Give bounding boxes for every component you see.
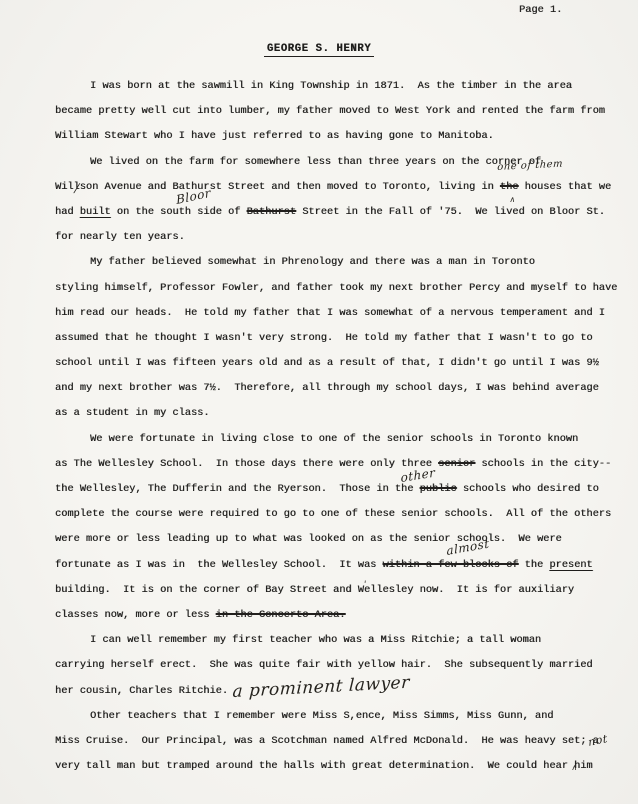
page-number: Page 1. xyxy=(519,3,562,17)
typed-line: I was born at the sawmill in King Townsh… xyxy=(55,74,623,99)
typed-text: complete the course were required to go … xyxy=(55,508,611,520)
typed-text: had xyxy=(55,206,80,218)
typed-line: My father believed somewhat in Phrenolog… xyxy=(55,250,623,275)
typed-text: and my next brother was 7½. Therefore, a… xyxy=(55,382,599,394)
typed-text: fortunate as I was in the Wellesley Scho… xyxy=(55,559,383,571)
typed-text: houses that we xyxy=(518,181,611,193)
typed-line: as The Wellesley School. In those days t… xyxy=(55,452,623,477)
typed-line: We were fortunate in living close to one… xyxy=(55,427,623,452)
typed-text: classes now, more or less xyxy=(55,609,216,621)
typed-line: the Wellesley, The Dufferin and the Ryer… xyxy=(55,477,623,502)
typed-text: We lived on the farm for somewhere less … xyxy=(90,156,541,168)
typed-line: complete the course were required to go … xyxy=(55,502,623,527)
typed-text: Miss Cruise. Our Principal, was a Scotch… xyxy=(55,735,599,747)
typed-text: assumed that he thought I wasn't very st… xyxy=(55,332,593,344)
struck-text: the xyxy=(500,181,519,193)
document-title-row: GEORGE S. HENRY xyxy=(0,38,638,57)
typed-line: him read our heads. He told my father th… xyxy=(55,301,623,326)
struck-text: in the Concerto Area. xyxy=(216,609,346,621)
typed-line: assumed that he thought I wasn't very st… xyxy=(55,326,623,351)
handwritten-caret-house: ∧ xyxy=(509,195,516,204)
typed-text: styling himself, Professor Fowler, and f… xyxy=(55,282,617,294)
typed-line: Miss Cruise. Our Principal, was a Scotch… xyxy=(55,729,623,754)
typed-line: had built on the south side of Bathurst … xyxy=(55,200,623,225)
typed-line: school until I was fifteen years old and… xyxy=(55,351,623,376)
typed-line: carrying herself erect. She was quite fa… xyxy=(55,653,623,678)
typed-text: My father believed somewhat in Phrenolog… xyxy=(90,256,535,268)
typed-text: I was born at the sawmill in King Townsh… xyxy=(90,80,572,92)
typed-text: schools in the city-- xyxy=(475,458,611,470)
typed-text: building. It is on the corner of Bay Str… xyxy=(55,584,574,596)
handwritten-caret-set: ∧ xyxy=(571,763,578,772)
typed-line: building. It is on the corner of Bay Str… xyxy=(55,578,623,603)
typed-line: classes now, more or less in the Concert… xyxy=(55,603,623,628)
typed-text: became pretty well cut into lumber, my f… xyxy=(55,105,605,117)
document-title: GEORGE S. HENRY xyxy=(264,43,374,57)
typed-line: for nearly ten years. xyxy=(55,225,623,250)
typed-text: We were fortunate in living close to one… xyxy=(90,433,578,445)
typed-line: as a student in my class. xyxy=(55,401,623,426)
typed-text: school until I was fifteen years old and… xyxy=(55,357,599,369)
typed-text: on the south side of xyxy=(111,206,247,218)
typed-text: carrying herself erect. She was quite fa… xyxy=(55,659,593,671)
typed-line: were more or less leading up to what was… xyxy=(55,527,623,552)
underlined-text: built xyxy=(80,206,111,218)
typed-text: I can well remember my first teacher who… xyxy=(90,634,541,646)
typed-text: as The Wellesley School. In those days t… xyxy=(55,458,438,470)
typed-text: the Wellesley, The Dufferin and the Ryer… xyxy=(55,483,420,495)
struck-text: senior xyxy=(438,458,475,470)
typed-text: the xyxy=(518,559,549,571)
typed-line: I can well remember my first teacher who… xyxy=(55,628,623,653)
typed-text: her cousin, Charles Ritchie. xyxy=(55,685,228,697)
typed-text-block: I was born at the sawmill in King Townsh… xyxy=(55,74,623,779)
typed-text: for nearly ten years. xyxy=(55,231,185,243)
struck-text: public xyxy=(420,483,457,495)
handwritten-slash-willson: ∕ xyxy=(74,181,80,195)
typed-text: schools who desired to xyxy=(457,483,599,495)
scanned-document-page: Page 1. GEORGE S. HENRY I was born at th… xyxy=(0,0,638,804)
typed-text: Willson Avenue and Bathurst Street and t… xyxy=(55,181,500,193)
typed-line: Willson Avenue and Bathurst Street and t… xyxy=(55,175,623,200)
typed-line: fortunate as I was in the Wellesley Scho… xyxy=(55,553,623,578)
underlined-text: present xyxy=(549,559,592,571)
typed-text: William Stewart who I have just referred… xyxy=(55,130,494,142)
typed-text: Street in the Fall of '75. We lived on B… xyxy=(296,206,605,218)
struck-text: Bathurst xyxy=(247,206,296,218)
typed-text: very tall man but tramped around the hal… xyxy=(55,760,593,772)
typed-line: William Stewart who I have just referred… xyxy=(55,124,623,149)
typed-text: him read our heads. He told my father th… xyxy=(55,307,605,319)
typed-line: and my next brother was 7½. Therefore, a… xyxy=(55,376,623,401)
typed-text: as a student in my class. xyxy=(55,407,209,419)
typed-line: very tall man but tramped around the hal… xyxy=(55,754,623,779)
struck-text: within a few blocks of xyxy=(383,559,519,571)
typed-line: Other teachers that I remember were Miss… xyxy=(55,704,623,729)
typed-text: Other teachers that I remember were Miss… xyxy=(90,710,553,722)
typed-line: became pretty well cut into lumber, my f… xyxy=(55,99,623,124)
typed-line: styling himself, Professor Fowler, and f… xyxy=(55,276,623,301)
